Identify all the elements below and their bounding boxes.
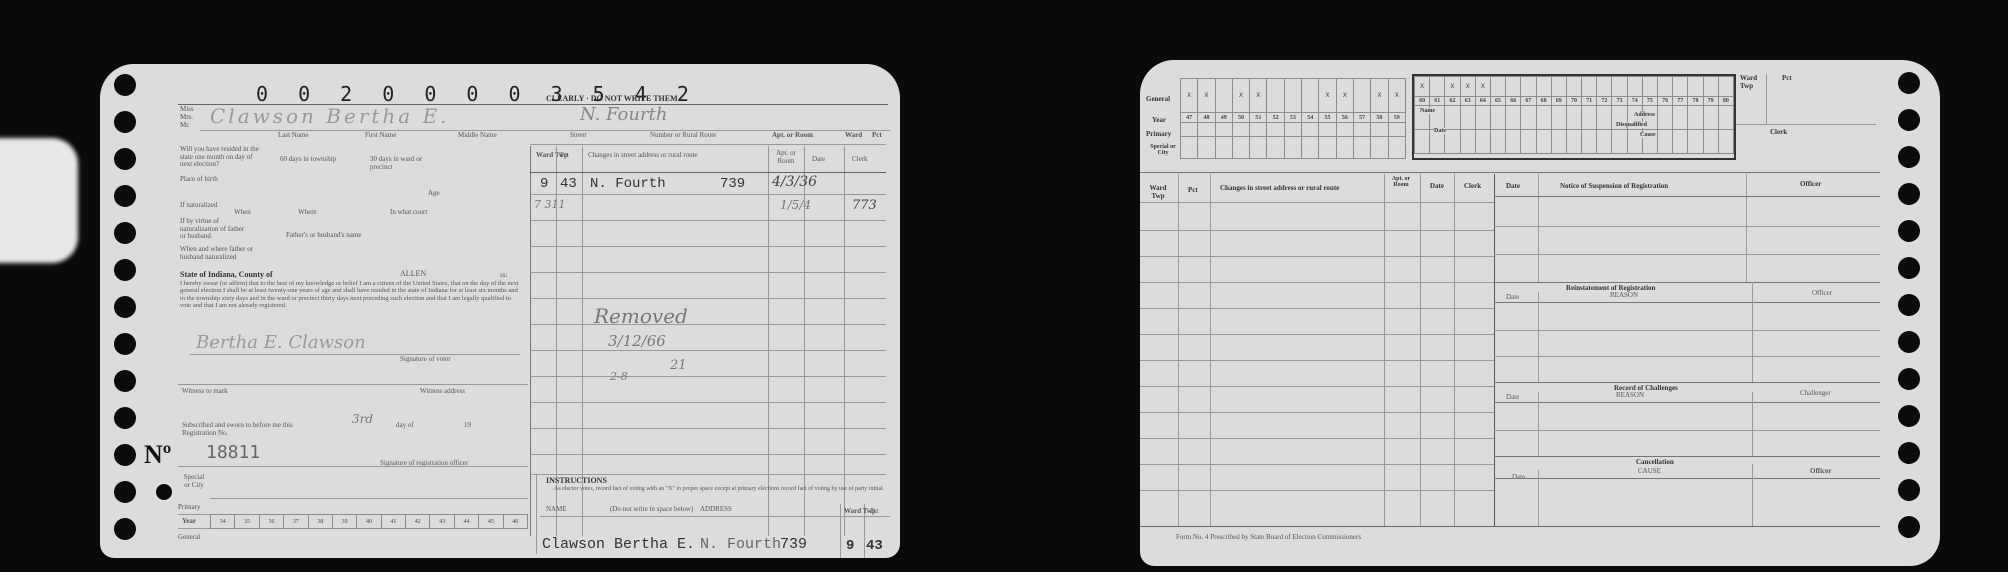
inset-address-label: Address [1634, 112, 1655, 118]
county-value: ALLEN [400, 270, 426, 279]
row2-ward: 7 311 [534, 198, 566, 211]
witness-address-label: Witness address [420, 388, 465, 396]
middle-name-label: Middle Name [458, 132, 497, 140]
inset-cause-label: Cause [1640, 132, 1656, 138]
naturalized-label: If naturalized [180, 202, 218, 210]
parent-name-label: Father's or husband's name [286, 232, 361, 240]
birthplace-label: Place of birth [180, 176, 218, 184]
col-changes: Changes in street address or rural route [588, 152, 698, 160]
inset-date-label: Date [1434, 128, 1446, 134]
court-label: In what court [390, 209, 427, 217]
age-label: Age [428, 190, 440, 198]
title-mr: Mr. [180, 122, 190, 130]
ward-days-label: 30 days in ward or precinct [370, 156, 440, 171]
apt-label: Apt. or Room [772, 132, 813, 140]
punch-hole [1898, 72, 1920, 94]
general-label: General [1146, 95, 1170, 103]
cancellation-title: Cancellation [1636, 458, 1674, 466]
year-label: Year [1152, 116, 1166, 124]
col-date: Date [812, 156, 825, 164]
day-of-label: day of [396, 422, 414, 430]
punch-hole [1898, 257, 1920, 279]
punch-hole [114, 185, 136, 207]
reinstatement-officer-label: Officer [1812, 290, 1832, 298]
removed-note-2: 21 [670, 358, 687, 373]
punch-hole [1898, 368, 1920, 390]
removed-note-3: 2-8 [610, 370, 628, 383]
removed-note: Removed [594, 304, 688, 328]
year-label: 19 [464, 422, 471, 430]
col-changes: Changes in street address or rural route [1220, 184, 1339, 192]
row1-street: N. Fourth [590, 176, 666, 192]
col-pct: Pct [1188, 186, 1198, 194]
punch-hole [1898, 220, 1920, 242]
cancellation-officer-label: Officer [1810, 468, 1831, 476]
street-label: Street [570, 132, 586, 140]
col-pct: Pct [560, 152, 569, 160]
col-date: Date [1430, 182, 1444, 190]
removed-date: 3/12/66 [608, 332, 666, 350]
vote-grid-left: XXXXXXXX 47484950515253545556575859 [1180, 78, 1406, 159]
residency-question: Will you have resided in the state one m… [180, 146, 260, 169]
punch-hole [114, 481, 136, 503]
typed-number: 739 [780, 536, 807, 553]
challenges-reason-label: REASON [1616, 392, 1644, 400]
instructions-text: As elector votes, record fact of voting … [554, 486, 900, 493]
clerk-label: Clerk [1770, 128, 1787, 136]
row2-clerk: 773 [852, 198, 877, 213]
general-label: General [178, 534, 200, 542]
col-clerk: Clerk [852, 156, 868, 164]
address-label: ADDRESS [700, 506, 732, 514]
cancellation-cause-label: CAUSE [1638, 468, 1661, 476]
punch-hole [1898, 405, 1920, 427]
form-note: Form No. 4 Prescribed by State Board of … [1176, 534, 1361, 542]
row1-pct: 43 [560, 176, 577, 192]
suspension-officer-label: Officer [1800, 180, 1821, 188]
col-ward-twp: Ward Twp [1146, 184, 1170, 200]
where-label: Where [298, 209, 317, 217]
punch-hole [1898, 146, 1920, 168]
township-days-label: 60 days in township [280, 156, 340, 164]
registration-number: 18811 [206, 442, 260, 463]
inset-disqualified-label: Disqualified [1616, 122, 1647, 128]
vote-year-row: 34353637383940414243444546 [210, 514, 528, 529]
punch-hole [114, 296, 136, 318]
do-not-write-label: (Do not write in space below) [610, 506, 693, 514]
punch-hole [114, 444, 136, 466]
primary-label: Primary [1146, 130, 1171, 138]
primary-label: Primary [178, 504, 201, 512]
footer-pct-label: Pct [870, 508, 879, 516]
name-handwritten: Clawson Bertha E. [210, 104, 450, 128]
registration-no-label: Registration No. [182, 430, 228, 438]
punch-hole [1898, 294, 1920, 316]
col-clerk: Clerk [1464, 182, 1481, 190]
punch-hole [1898, 183, 1920, 205]
when-where-label: When and where father or husband natural… [180, 246, 260, 261]
punch-hole [1898, 479, 1920, 501]
suspension-title: Notice of Suspension of Registration [1560, 182, 1668, 190]
last-name-label: Last Name [278, 132, 309, 140]
punch-hole [114, 111, 136, 133]
vote-grid-right: XXXX 60616263646566676869707172737475767… [1412, 74, 1736, 160]
punch-hole [114, 518, 136, 540]
subscribed-day: 3rd [352, 412, 373, 426]
col-apt: Apt. or Room [774, 150, 798, 165]
typed-name: Clawson Bertha E. [542, 536, 695, 553]
no-symbol: Nº [144, 440, 171, 470]
header-notice: CLEARLY · DO NOT WRITE THEM [546, 94, 678, 103]
voter-signature: Bertha E. Clawson [196, 332, 366, 353]
registration-card-front: 0 0 2 0 0 0 0 3 5 4 2 CLEARLY · DO NOT W… [100, 64, 900, 558]
punch-hole [114, 148, 136, 170]
adjacent-card-fragment [0, 138, 78, 263]
pct-label: Pct [872, 132, 882, 140]
oath-text: I hereby swear (or affirm) that to the b… [180, 280, 520, 310]
punch-hole [1898, 442, 1920, 464]
punch-hole [114, 74, 136, 96]
punch-hole [114, 407, 136, 429]
special-city-label: Special or City [1148, 144, 1178, 156]
reinstatement-reason-label: REASON [1610, 292, 1638, 300]
ss-label: ss: [500, 272, 507, 280]
challenges-date-label: Date [1506, 394, 1519, 402]
inset-name-label: Name [1420, 108, 1435, 114]
suspension-date-label: Date [1506, 182, 1520, 190]
col-apt: Apt. or Room [1388, 176, 1414, 188]
punch-hole [114, 370, 136, 392]
special-city-label: Special or City [180, 474, 208, 489]
pct-label: Pct [1782, 74, 1792, 82]
punch-hole [114, 222, 136, 244]
typed-pct: 43 [866, 538, 883, 554]
row2-date: 1/5/4 [780, 198, 811, 212]
punch-hole [1898, 331, 1920, 353]
ward-label: Ward [845, 132, 862, 140]
instructions-title: INSTRUCTIONS [546, 476, 607, 485]
first-name-label: First Name [365, 132, 396, 140]
reinstatement-date-label: Date [1506, 294, 1519, 302]
punch-hole [1898, 516, 1920, 538]
typed-ward: 9 [846, 538, 854, 554]
row1-ward: 9 [540, 176, 548, 192]
punch-hole [114, 333, 136, 355]
state-county-label: State of Indiana, County of [180, 270, 273, 279]
witness-mark-label: Witness to mark [182, 388, 228, 396]
row1-date: 4/3/36 [772, 174, 817, 190]
punch-hole-small [156, 484, 172, 500]
voter-signature-label: Signature of voter [400, 356, 451, 364]
registration-card-back: General Year Primary Special or City XXX… [1140, 60, 1940, 566]
challenges-challenger-label: Challenger [1800, 390, 1831, 398]
ward-twp-label: Ward Twp [1740, 74, 1762, 90]
punch-hole [114, 259, 136, 281]
street-handwritten: N. Fourth [580, 104, 667, 125]
year-row-label: Year [182, 518, 196, 526]
number-label: Number or Rural Route [650, 132, 716, 140]
when-label: When [234, 209, 251, 217]
name-label: NAME [546, 506, 567, 514]
typed-street: N. Fourth [700, 536, 781, 553]
row1-number: 739 [720, 176, 745, 192]
punch-hole [1898, 109, 1920, 131]
parent-naturalization-label: If by virtue of naturalization of father… [180, 218, 248, 241]
